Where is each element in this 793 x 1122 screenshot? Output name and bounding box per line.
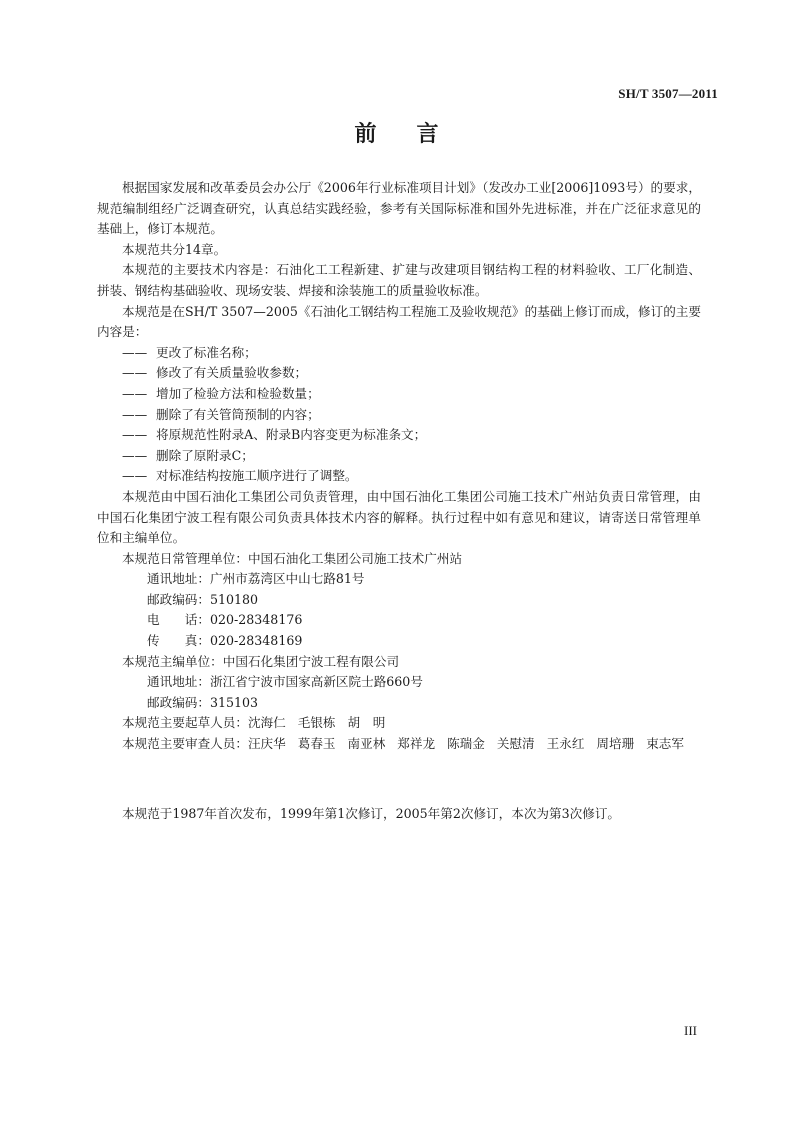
revision-item: ——增加了检验方法和检验数量； [97, 384, 701, 405]
release-history: 本规范于1987年首次发布，1999年第1次修订，2005年第2次修订，本次为第… [122, 803, 620, 822]
reviewer-name: 汪庆华 [248, 734, 286, 755]
drafters: 本规范主要起草人员： 沈海仁毛银栋胡 明 [97, 713, 701, 734]
daily-management-unit: 本规范日常管理单位：中国石油化工集团公司施工技术广州站 [97, 549, 701, 570]
daily-management-address: 通讯地址：广州市荔湾区中山七路81号 [97, 569, 701, 590]
daily-management-fax: 传 真：020-28348169 [97, 631, 701, 652]
revision-item: ——将原规范性附录A、附录B内容变更为标准条文； [97, 425, 701, 446]
revision-item: ——删除了原附录C； [97, 446, 701, 467]
revision-item: ——对标准结构按施工顺序进行了调整。 [97, 466, 701, 487]
reviewer-name: 关慰清 [497, 734, 535, 755]
paragraph-revision-basis: 本规范是在SH/T 3507—2005《石油化工钢结构工程施工及验收规范》的基础… [97, 302, 701, 343]
standard-code: SH/T 3507—2011 [618, 86, 718, 102]
chief-editor-postcode: 邮政编码：315103 [97, 693, 701, 714]
drafter-name: 毛银栋 [298, 713, 336, 734]
daily-management-postcode: 邮政编码：510180 [97, 590, 701, 611]
drafter-name: 沈海仁 [248, 713, 286, 734]
reviewer-name: 束志军 [646, 734, 684, 755]
paragraph-scope: 本规范的主要技术内容是：石油化工工程新建、扩建与改建项目钢结构工程的材料验收、工… [97, 260, 701, 301]
chief-editor-unit: 本规范主编单位：中国石化集团宁波工程有限公司 [97, 652, 701, 673]
paragraph-background: 根据国家发展和改革委员会办公厅《2006年行业标准项目计划》（发改办工业[200… [97, 178, 701, 240]
revision-list: ——更改了标准名称； ——修改了有关质量验收参数； ——增加了检验方法和检验数量… [97, 343, 701, 487]
revision-item: ——更改了标准名称； [97, 343, 701, 364]
reviewer-name: 葛春玉 [298, 734, 336, 755]
daily-management-phone: 电 话：020-28348176 [97, 610, 701, 631]
reviewer-name: 王永红 [547, 734, 585, 755]
reviewers: 本规范主要审查人员： 汪庆华葛春玉南亚林郑祥龙陈瑞金关慰清王永红周培珊束志军 [97, 734, 701, 755]
paragraph-chapters: 本规范共分14章。 [97, 240, 701, 261]
revision-item: ——删除了有关管筒预制的内容； [97, 405, 701, 426]
drafter-name: 胡 明 [348, 713, 386, 734]
revision-item: ——修改了有关质量验收参数； [97, 363, 701, 384]
preface-body: 根据国家发展和改革委员会办公厅《2006年行业标准项目计划》（发改办工业[200… [97, 178, 701, 755]
reviewer-name: 周培珊 [596, 734, 634, 755]
reviewer-name: 南亚林 [348, 734, 386, 755]
reviewer-name: 郑祥龙 [397, 734, 435, 755]
paragraph-management: 本规范由中国石油化工集团公司负责管理，由中国石油化工集团公司施工技术广州站负责日… [97, 487, 701, 549]
chief-editor-address: 通讯地址：浙江省宁波市国家高新区院士路660号 [97, 672, 701, 693]
reviewer-name: 陈瑞金 [447, 734, 485, 755]
page-number: III [684, 1023, 697, 1039]
page-title: 前言 [0, 117, 793, 148]
